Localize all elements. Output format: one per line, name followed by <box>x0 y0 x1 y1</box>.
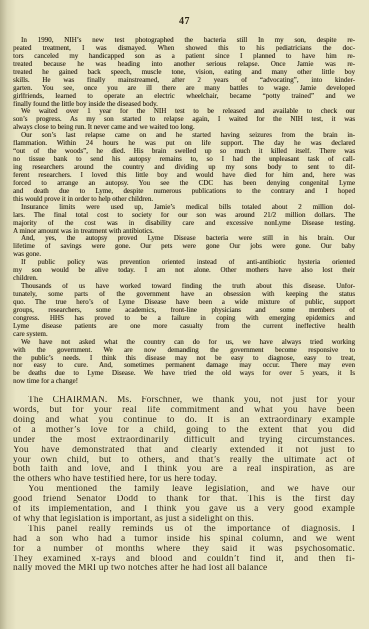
text-line: groups, researchers, some academics, fro… <box>13 307 355 315</box>
text-line: ing researchers around the country and d… <box>13 164 355 172</box>
paragraph: Our son’s last relapse came on and he st… <box>13 132 355 203</box>
text-line: “out of the woods”, he died. His brain s… <box>13 148 355 156</box>
text-line: for a number of months where they said i… <box>13 545 355 555</box>
page-number: 47 <box>0 16 369 27</box>
text-line: nor easy to cure. And, sometimes permane… <box>13 362 355 370</box>
paragraph: The CHAIRMAN. Ms. Forschner, we thank yo… <box>13 396 355 485</box>
text-line: your own child, but to others, and that’… <box>13 456 355 466</box>
text-line: congress. HHS has proved to be a failure… <box>13 315 355 323</box>
text-line: was gone. <box>13 251 355 259</box>
text-line: be deaths due to Lyme Disease. We have t… <box>13 370 355 378</box>
text-line: of why that legislation is important, as… <box>13 515 355 525</box>
text-line: of its implementation, and I think you g… <box>13 505 355 515</box>
text-line: You have demonstrated that and clearly e… <box>13 446 355 456</box>
text-line: We waited over 1 year for the NIH test t… <box>13 108 355 116</box>
text-line: my son would be alive today. I am not al… <box>13 267 355 275</box>
text-line: with the government. We are now demandin… <box>13 347 355 355</box>
text-line: You mentioned the family leave legislati… <box>13 485 355 495</box>
text-line: both faith and love, and I think you are… <box>13 465 355 475</box>
text-line: words, but for your real life commitment… <box>13 406 355 416</box>
text-line: had a son who had a tumor inside his spi… <box>13 535 355 545</box>
text-line: They examined x-rays and blood and could… <box>13 555 355 565</box>
text-line: lifetime of savings were gone. Our pets … <box>13 243 355 251</box>
text-line: son’s progress. As my son started to rel… <box>13 116 355 124</box>
text-line: under the most extraordinarily difficult… <box>13 436 355 446</box>
text-line: children. <box>13 275 355 283</box>
text-line: the public’s needs. I think this disease… <box>13 355 355 363</box>
text-line: always close to being run. It never came… <box>13 124 355 132</box>
text-line: the others who have testified here, for … <box>13 475 355 485</box>
text-line: quo. The true hero’s of Lyme Disease hav… <box>13 299 355 307</box>
section-chairman-remarks: The CHAIRMAN. Ms. Forschner, we thank yo… <box>13 396 355 574</box>
text-line: In 1990, NIH’s new test photographed the… <box>13 37 355 45</box>
text-line: nally moved the MRI up two notches after… <box>13 564 355 574</box>
paragraph: This panel really reminds us of the impo… <box>13 525 355 574</box>
paragraph: Thousands of us have worked toward findi… <box>13 283 355 339</box>
text-line: treated because he was heading into anot… <box>13 61 355 69</box>
text-line: treated he gained back speech, muscle to… <box>13 69 355 77</box>
text-line: of a mother’s love for a child, going to… <box>13 426 355 436</box>
paragraph: If public policy was prevention oriented… <box>13 259 355 283</box>
text-line: now time for a change! <box>13 378 355 386</box>
text-line: lars. The final total cost to society fo… <box>13 212 355 220</box>
text-line: This panel really reminds us of the impo… <box>13 525 355 535</box>
text-line: peated treatment, I was dismayed. When s… <box>13 45 355 53</box>
paragraph: Insurance limits were used up, Jamie’s m… <box>13 204 355 236</box>
text-line: Our son’s last relapse came on and he st… <box>13 132 355 140</box>
text-line: and death due to Lyme, despite numerous … <box>13 188 355 196</box>
text-line: We have not asked what the country can d… <box>13 339 355 347</box>
page-content: In 1990, NIH’s new test photographed the… <box>13 37 355 574</box>
text-line: doing and what you continue to do. It is… <box>13 416 355 426</box>
paragraph: You mentioned the family leave legislati… <box>13 485 355 525</box>
text-line: no tissue bank to send his autopsy remai… <box>13 156 355 164</box>
text-line: Lyme disease patients are one more casua… <box>13 323 355 331</box>
text-line: finally found the little boy inside the … <box>13 101 355 109</box>
text-line: tunately, some parts of the government h… <box>13 291 355 299</box>
scanned-document-page: 47 In 1990, NIH’s new test photographed … <box>0 0 369 629</box>
paragraph: In 1990, NIH’s new test photographed the… <box>13 37 355 108</box>
text-line: this would prove it in order to help oth… <box>13 196 355 204</box>
text-line: good friend Senator Dodd to thank for th… <box>13 495 355 505</box>
text-line: girlfriends, learned to operate an elect… <box>13 93 355 101</box>
text-line: tors canceled my handicapped son as a pa… <box>13 53 355 61</box>
text-line: The CHAIRMAN. Ms. Forschner, we thank yo… <box>13 396 355 406</box>
paragraph: We waited over 1 year for the NIH test t… <box>13 108 355 132</box>
paragraph: And, yes, the autopsy proved Lyme Diseas… <box>13 235 355 259</box>
text-line: majority of the cost was in disability c… <box>13 220 355 228</box>
text-line: skills. He was finally mainstreamed, aft… <box>13 77 355 85</box>
text-line: And, yes, the autopsy proved Lyme Diseas… <box>13 235 355 243</box>
section-testimony: In 1990, NIH’s new test photographed the… <box>13 37 355 386</box>
paragraph: We have not asked what the country can d… <box>13 339 355 387</box>
text-line: Insurance limits were used up, Jamie’s m… <box>13 204 355 212</box>
text-line: A minor amount was in treatment with ant… <box>13 228 355 236</box>
text-line: garten. You see, once you are ill there … <box>13 85 355 93</box>
text-line: forced to arrange an autopsy. You see th… <box>13 180 355 188</box>
text-line: If public policy was prevention oriented… <box>13 259 355 267</box>
text-line: care system. <box>13 331 355 339</box>
text-line: flammation. Within 24 hours he was put o… <box>13 140 355 148</box>
text-line: Thousands of us have worked toward findi… <box>13 283 355 291</box>
text-line: ferent researchers. I loved this little … <box>13 172 355 180</box>
